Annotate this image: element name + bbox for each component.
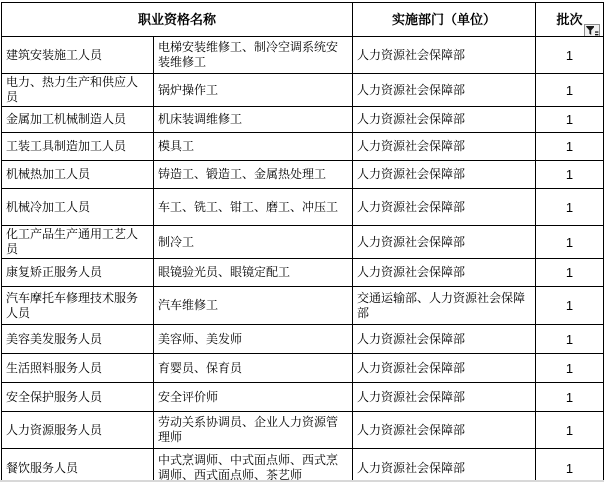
cell-occupations[interactable]: 电梯安装维修工、制冷空调系统安装维修工 [154,37,353,74]
cell-occupations[interactable]: 铸造工、锻造工、金属热处理工 [154,161,353,189]
cell-batch[interactable]: 1 [536,189,604,226]
cell-occupations[interactable]: 模具工 [154,133,353,161]
cell-batch[interactable]: 1 [536,226,604,259]
cell-category[interactable]: 工装工具制造加工人员 [2,133,154,161]
autofilter-funnel-icon [585,25,599,37]
cell-category[interactable]: 建筑安装施工人员 [2,37,154,74]
header-qualification-name[interactable]: 职业资格名称 [2,3,353,37]
cell-department[interactable]: 人力资源社会保障部 [353,354,536,383]
table-row: 美容美发服务人员美容师、美发师人力资源社会保障部1 [2,325,604,354]
cell-department[interactable]: 人力资源社会保障部 [353,37,536,74]
cell-category[interactable]: 餐饮服务人员 [2,449,154,482]
cell-batch[interactable]: 1 [536,354,604,383]
table-row: 安全保护服务人员安全评价师人力资源社会保障部1 [2,383,604,412]
cell-batch[interactable]: 1 [536,412,604,449]
header-department[interactable]: 实施部门（单位） [353,3,536,37]
table-row: 人力资源服务人员劳动关系协调员、企业人力资源管理师人力资源社会保障部1 [2,412,604,449]
cell-department[interactable]: 人力资源社会保障部 [353,449,536,482]
cell-batch[interactable]: 1 [536,449,604,482]
cell-batch[interactable]: 1 [536,161,604,189]
table-row: 化工产品生产通用工艺人员制冷工人力资源社会保障部1 [2,226,604,259]
table-row: 电力、热力生产和供应人员锅炉操作工人力资源社会保障部1 [2,74,604,107]
cell-occupations[interactable]: 美容师、美发师 [154,325,353,354]
cell-category[interactable]: 金属加工机械制造人员 [2,107,154,133]
cell-occupations[interactable]: 汽车维修工 [154,287,353,325]
cell-department[interactable]: 人力资源社会保障部 [353,259,536,287]
table-row: 机械冷加工人员车工、铣工、钳工、磨工、冲压工人力资源社会保障部1 [2,189,604,226]
cell-department[interactable]: 人力资源社会保障部 [353,74,536,107]
cell-department[interactable]: 人力资源社会保障部 [353,325,536,354]
cell-category[interactable]: 机械冷加工人员 [2,189,154,226]
qualification-table: 职业资格名称 实施部门（单位） 批次 [1,2,604,482]
cell-category[interactable]: 生活照料服务人员 [2,354,154,383]
table-row: 机械热加工人员铸造工、锻造工、金属热处理工人力资源社会保障部1 [2,161,604,189]
cell-department[interactable]: 人力资源社会保障部 [353,161,536,189]
cell-occupations[interactable]: 机床装调维修工 [154,107,353,133]
cell-category[interactable]: 人力资源服务人员 [2,412,154,449]
cell-occupations[interactable]: 育婴员、保育员 [154,354,353,383]
cell-occupations[interactable]: 中式烹调师、中式面点师、西式烹调师、西式面点师、茶艺师 [154,449,353,482]
table-row: 金属加工机械制造人员机床装调维修工人力资源社会保障部1 [2,107,604,133]
cell-occupations[interactable]: 眼镜验光员、眼镜定配工 [154,259,353,287]
cell-category[interactable]: 康复矫正服务人员 [2,259,154,287]
cell-batch[interactable]: 1 [536,325,604,354]
cell-batch[interactable]: 1 [536,133,604,161]
cell-department[interactable]: 交通运输部、人力资源社会保障部 [353,287,536,325]
cell-category[interactable]: 机械热加工人员 [2,161,154,189]
autofilter-button[interactable] [584,24,600,37]
table-body: 建筑安装施工人员电梯安装维修工、制冷空调系统安装维修工人力资源社会保障部1电力、… [2,37,604,482]
cell-department[interactable]: 人力资源社会保障部 [353,226,536,259]
table-row: 工装工具制造加工人员模具工人力资源社会保障部1 [2,133,604,161]
cell-occupations[interactable]: 锅炉操作工 [154,74,353,107]
cell-category[interactable]: 电力、热力生产和供应人员 [2,74,154,107]
cell-batch[interactable]: 1 [536,259,604,287]
cell-batch[interactable]: 1 [536,383,604,412]
cell-department[interactable]: 人力资源社会保障部 [353,412,536,449]
cell-category[interactable]: 汽车摩托车修理技术服务人员 [2,287,154,325]
table-header: 职业资格名称 实施部门（单位） 批次 [2,3,604,37]
cell-batch[interactable]: 1 [536,37,604,74]
table-row: 生活照料服务人员育婴员、保育员人力资源社会保障部1 [2,354,604,383]
cell-department[interactable]: 人力资源社会保障部 [353,383,536,412]
cell-batch[interactable]: 1 [536,287,604,325]
table-row: 建筑安装施工人员电梯安装维修工、制冷空调系统安装维修工人力资源社会保障部1 [2,37,604,74]
cell-department[interactable]: 人力资源社会保障部 [353,107,536,133]
header-batch[interactable]: 批次 [536,3,604,37]
cell-category[interactable]: 安全保护服务人员 [2,383,154,412]
table-row: 汽车摩托车修理技术服务人员汽车维修工交通运输部、人力资源社会保障部1 [2,287,604,325]
cell-occupations[interactable]: 制冷工 [154,226,353,259]
cell-department[interactable]: 人力资源社会保障部 [353,189,536,226]
table-row: 餐饮服务人员中式烹调师、中式面点师、西式烹调师、西式面点师、茶艺师人力资源社会保… [2,449,604,482]
cell-batch[interactable]: 1 [536,74,604,107]
cell-occupations[interactable]: 安全评价师 [154,383,353,412]
table-row: 康复矫正服务人员眼镜验光员、眼镜定配工人力资源社会保障部1 [2,259,604,287]
cell-batch[interactable]: 1 [536,107,604,133]
cell-category[interactable]: 化工产品生产通用工艺人员 [2,226,154,259]
cell-category[interactable]: 美容美发服务人员 [2,325,154,354]
cell-occupations[interactable]: 车工、铣工、钳工、磨工、冲压工 [154,189,353,226]
cell-department[interactable]: 人力资源社会保障部 [353,133,536,161]
spreadsheet-view: 职业资格名称 实施部门（单位） 批次 [0,0,604,482]
header-row: 职业资格名称 实施部门（单位） 批次 [2,3,604,37]
cell-occupations[interactable]: 劳动关系协调员、企业人力资源管理师 [154,412,353,449]
header-batch-label: 批次 [557,12,583,27]
